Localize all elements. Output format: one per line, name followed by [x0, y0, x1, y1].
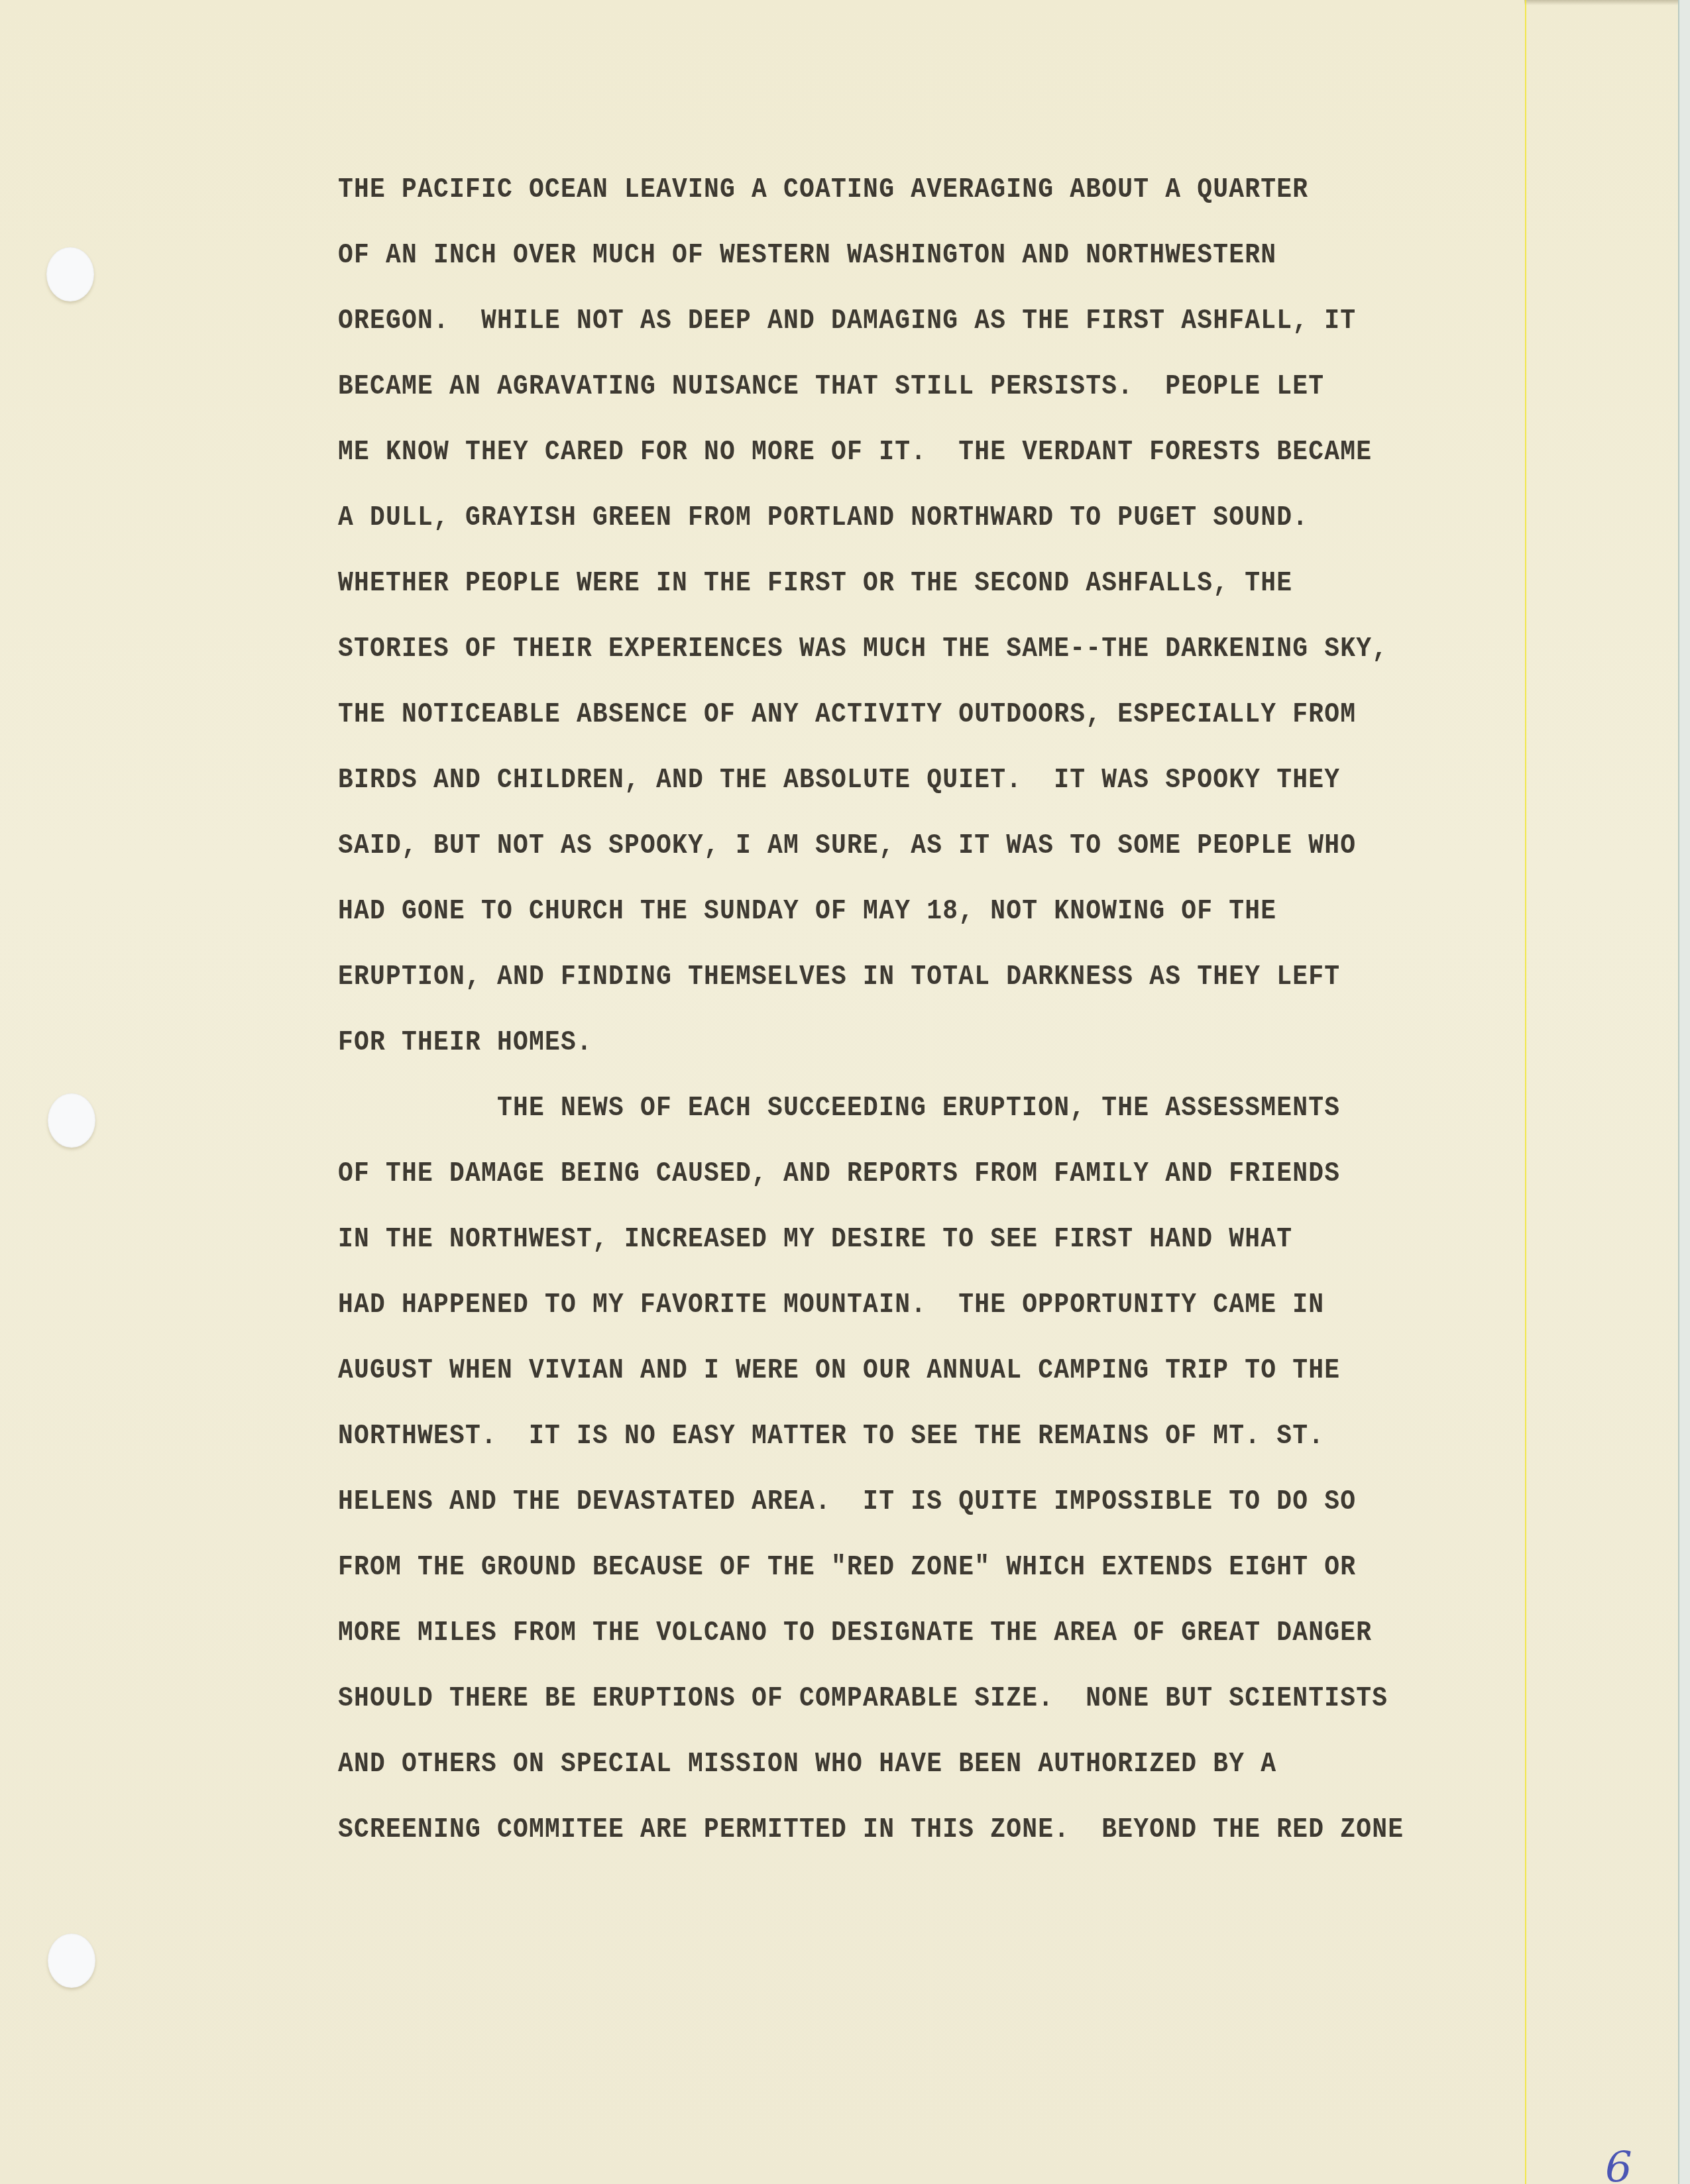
text-line: AND OTHERS ON SPECIAL MISSION WHO HAVE B… — [338, 1748, 1276, 1780]
text-line: ME KNOW THEY CARED FOR NO MORE OF IT. TH… — [338, 436, 1372, 468]
text-line: A DULL, GRAYISH GREEN FROM PORTLAND NORT… — [338, 502, 1308, 534]
text-line: OF AN INCH OVER MUCH OF WESTERN WASHINGT… — [338, 239, 1276, 272]
text-line: ERUPTION, AND FINDING THEMSELVES IN TOTA… — [338, 961, 1340, 993]
page-top-shadow — [1524, 0, 1678, 5]
punch-hole-bottom — [48, 1934, 95, 1988]
text-line: SHOULD THERE BE ERUPTIONS OF COMPARABLE … — [338, 1682, 1388, 1715]
text-line-indented: THE NEWS OF EACH SUCCEEDING ERUPTION, TH… — [497, 1092, 1340, 1124]
punch-hole-top — [46, 247, 94, 301]
text-line: BIRDS AND CHILDREN, AND THE ABSOLUTE QUI… — [338, 764, 1340, 796]
text-line: STORIES OF THEIR EXPERIENCES WAS MUCH TH… — [338, 633, 1388, 665]
text-line: OREGON. WHILE NOT AS DEEP AND DAMAGING A… — [338, 305, 1356, 337]
text-line: IN THE NORTHWEST, INCREASED MY DESIRE TO… — [338, 1223, 1292, 1256]
scan-edge — [1678, 0, 1690, 2184]
text-line: HAD GONE TO CHURCH THE SUNDAY OF MAY 18,… — [338, 895, 1276, 928]
text-line: NORTHWEST. IT IS NO EASY MATTER TO SEE T… — [338, 1420, 1324, 1452]
typewritten-page: THE PACIFIC OCEAN LEAVING A COATING AVER… — [0, 0, 1678, 2184]
text-line: WHETHER PEOPLE WERE IN THE FIRST OR THE … — [338, 567, 1292, 600]
text-line: AUGUST WHEN VIVIAN AND I WERE ON OUR ANN… — [338, 1354, 1340, 1387]
text-line: MORE MILES FROM THE VOLCANO TO DESIGNATE… — [338, 1617, 1372, 1649]
text-line: BECAME AN AGRAVATING NUISANCE THAT STILL… — [338, 370, 1324, 403]
text-line: FROM THE GROUND BECAUSE OF THE "RED ZONE… — [338, 1551, 1356, 1584]
text-line: HELENS AND THE DEVASTATED AREA. IT IS QU… — [338, 1486, 1356, 1518]
text-line: HAD HAPPENED TO MY FAVORITE MOUNTAIN. TH… — [338, 1289, 1324, 1321]
text-line: SCREENING COMMITEE ARE PERMITTED IN THIS… — [338, 1814, 1404, 1846]
punch-hole-middle — [48, 1093, 95, 1148]
text-line: THE PACIFIC OCEAN LEAVING A COATING AVER… — [338, 174, 1308, 206]
text-line: FOR THEIR HOMES. — [338, 1026, 592, 1059]
text-line: OF THE DAMAGE BEING CAUSED, AND REPORTS … — [338, 1158, 1340, 1190]
right-margin-line — [1525, 0, 1526, 2184]
text-line: THE NOTICEABLE ABSENCE OF ANY ACTIVITY O… — [338, 698, 1356, 731]
text-line: SAID, BUT NOT AS SPOOKY, I AM SURE, AS I… — [338, 830, 1356, 862]
handwritten-page-number: 6 — [1605, 2147, 1632, 2184]
